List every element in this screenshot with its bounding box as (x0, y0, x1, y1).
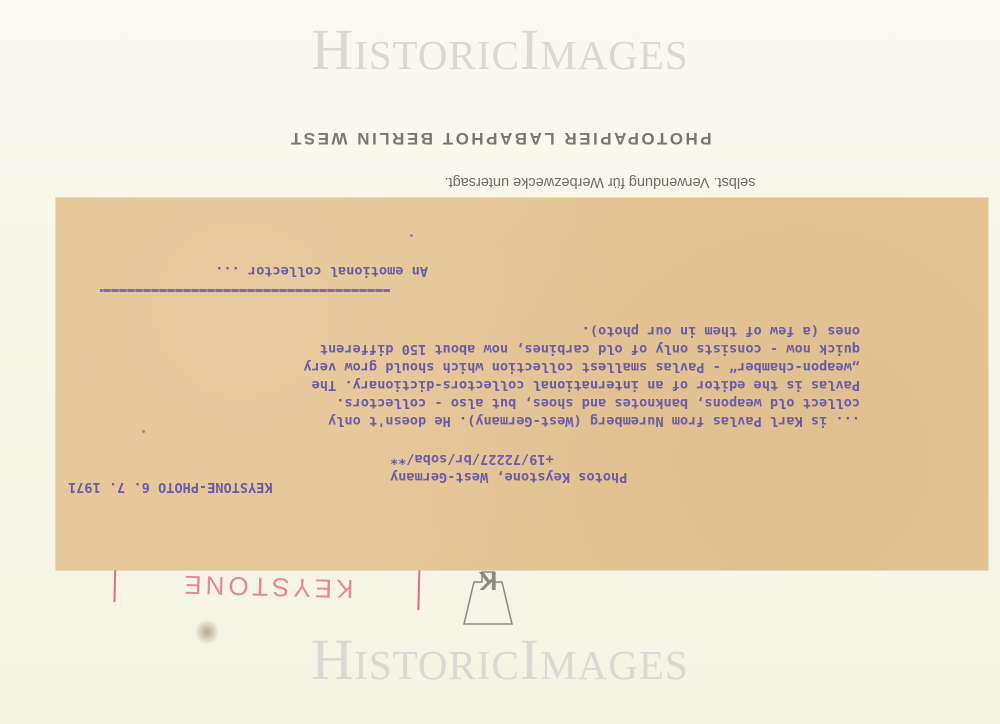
reference-number: +19/72227/br/soba/** (390, 451, 554, 467)
caption-title: An emotional collector ... (98, 262, 428, 280)
caption-line: ones (a few of them in our photo). (70, 322, 860, 340)
photo-paper-notice: selbst. Verwendung für Werbezwecke unter… (405, 166, 795, 190)
title-underline (100, 289, 390, 292)
caption-slip: KEYSTONE-PHOTO 6. 7. 1971 Photos Keyston… (56, 198, 988, 570)
smudge-mark (196, 618, 218, 646)
photos-credit: Photos Keystone, West-Germany (390, 469, 627, 485)
caption-line: ... is Karl Pavlas from Nuremberg (West-… (70, 412, 860, 430)
caption-body: ... is Karl Pavlas from Nuremberg (West-… (70, 322, 860, 430)
caption-line: collect old weapons, banknotes and shoes… (70, 394, 860, 412)
ink-speck (142, 430, 145, 433)
keystone-logo-icon: K (458, 566, 518, 630)
ink-speck (410, 234, 413, 237)
watermark-top: HistoricImages (0, 16, 1000, 83)
caption-slip-content: KEYSTONE-PHOTO 6. 7. 1971 Photos Keyston… (56, 198, 988, 570)
caption-line: „weapon-chamber“ - Pavlas smallest colle… (70, 358, 860, 376)
caption-credit-block: Photos Keystone, West-Germany +19/72227/… (390, 450, 860, 486)
caption-header: KEYSTONE-PHOTO 6. 7. 1971 (68, 478, 428, 496)
caption-line: Pavlas is the editor of an international… (70, 376, 860, 394)
photo-paper-brand: PHOTOPAPIER LABAPHOT BERLIN WEST (240, 118, 760, 148)
svg-text:K: K (478, 566, 497, 596)
watermark-bottom: HistoricImages (0, 626, 1000, 693)
caption-line: quick now - consists only of old carbine… (70, 340, 860, 358)
